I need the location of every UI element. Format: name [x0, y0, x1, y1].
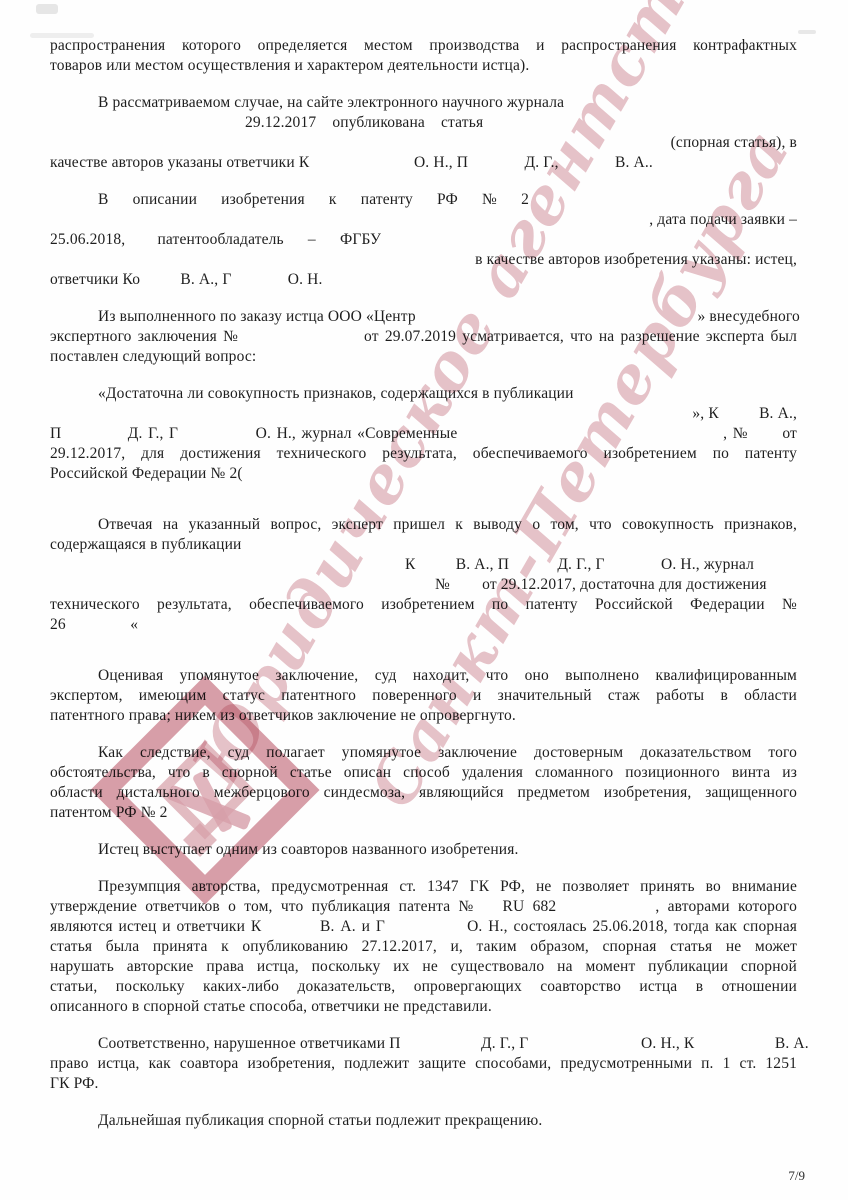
scanned-court-decision-page: распространения которого определяется ме… [0, 0, 848, 1200]
text-line: № от 29.12.2017, достаточна для достижен… [50, 575, 797, 595]
text-line: право истца, как соавтора изобретения, п… [50, 1054, 797, 1074]
text-line: П Д. Г., Г О. Н., журнал «Современные , … [50, 424, 797, 444]
text-line: 25.06.2018, патентообладатель – ФГБУ [50, 230, 797, 250]
paragraph: Истец выступает одним из соавторов назва… [50, 840, 797, 860]
text-line: ГК РФ. [50, 1074, 797, 1094]
text-line: , дата подачи заявки – [50, 210, 797, 230]
text-line: статьи, поскольку каких-либо доказательс… [50, 977, 797, 997]
text-line: Презумпция авторства, предусмотренная ст… [50, 877, 797, 897]
text-line: в качестве авторов изобретения указаны: … [50, 250, 797, 270]
text-line: утверждение ответчиков о том, что публик… [50, 897, 797, 917]
text-line: 29.12.2017, для достижения технического … [50, 444, 797, 464]
text-line: распространения которого определяется ме… [50, 36, 797, 56]
text-line: являются истец и ответчики К В. А. и Г О… [50, 917, 797, 937]
scan-noise [798, 30, 816, 34]
text-line: «Достаточна ли совокупность признаков, с… [50, 384, 797, 404]
paragraph: В описании изобретения к патенту РФ № 2,… [50, 190, 797, 290]
text-line: Российской Федерации № 2( [50, 464, 797, 484]
text-line: Отвечая на указанный вопрос, эксперт при… [50, 515, 797, 535]
text-line: (спорная статья), в [50, 133, 797, 153]
text-line: статья была принята к опубликованию 27.1… [50, 937, 797, 957]
text-line: 29.12.2017 опубликована статья [50, 113, 797, 133]
text-line: патентного права; никем из ответчиков за… [50, 706, 797, 726]
text-line: качестве авторов указаны ответчики К О. … [50, 153, 797, 173]
text-line: Как следствие, суд полагает упомянутое з… [50, 743, 797, 763]
text-line: области дистального межберцового синдесм… [50, 783, 797, 803]
text-line: экспертом, имеющим статус патентного пов… [50, 686, 797, 706]
paragraph: распространения которого определяется ме… [50, 36, 797, 76]
text-line: технического результата, обеспечиваемого… [50, 595, 797, 615]
text-line: В описании изобретения к патенту РФ № 2 [50, 190, 797, 210]
text-line: содержащаяся в публикации [50, 535, 797, 555]
text-line: ответчики Ко В. А., Г О. Н. [50, 270, 797, 290]
text-line: К В. А., П Д. Г., Г О. Н., журнал [50, 555, 797, 575]
text-line: экспертного заключения № от 29.07.2019 у… [50, 327, 797, 347]
text-line: 26 « [50, 615, 797, 635]
paragraph: Презумпция авторства, предусмотренная ст… [50, 877, 797, 1017]
text-line: Из выполненного по заказу истца ООО «Цен… [50, 307, 797, 327]
text-line: Истец выступает одним из соавторов назва… [50, 840, 797, 860]
paragraph: В рассматриваемом случае, на сайте элект… [50, 93, 797, 173]
text-line: В рассматриваемом случае, на сайте элект… [50, 93, 797, 113]
page-number: 7/9 [788, 1168, 805, 1184]
text-line: товаров или местом осуществления и харак… [50, 56, 797, 76]
text-line: поставлен следующий вопрос: [50, 347, 797, 367]
text-line: Оценивая упомянутое заключение, суд нахо… [50, 666, 797, 686]
paragraph: «Достаточна ли совокупность признаков, с… [50, 384, 797, 484]
paragraph: Из выполненного по заказу истца ООО «Цен… [50, 307, 797, 367]
paragraph: Отвечая на указанный вопрос, эксперт при… [50, 515, 797, 635]
text-line: Соответственно, нарушенное ответчиками П… [50, 1034, 797, 1054]
paragraph: Дальнейшая публикация спорной статьи под… [50, 1111, 797, 1131]
paragraph: Как следствие, суд полагает упомянутое з… [50, 743, 797, 823]
text-line: патентом РФ № 2 [50, 803, 797, 823]
text-line: », К В. А., [50, 404, 797, 424]
scan-noise [36, 4, 58, 14]
paragraph: Оценивая упомянутое заключение, суд нахо… [50, 666, 797, 726]
text-line: нарушать авторские права истца, поскольк… [50, 957, 797, 977]
paragraph: Соответственно, нарушенное ответчиками П… [50, 1034, 797, 1094]
text-line: Дальнейшая публикация спорной статьи под… [50, 1111, 797, 1131]
text-line: описанного в спорной статье способа, отв… [50, 997, 797, 1017]
text-line: обстоятельства, что в спорной статье опи… [50, 763, 797, 783]
document-body: распространения которого определяется ме… [50, 36, 797, 1148]
